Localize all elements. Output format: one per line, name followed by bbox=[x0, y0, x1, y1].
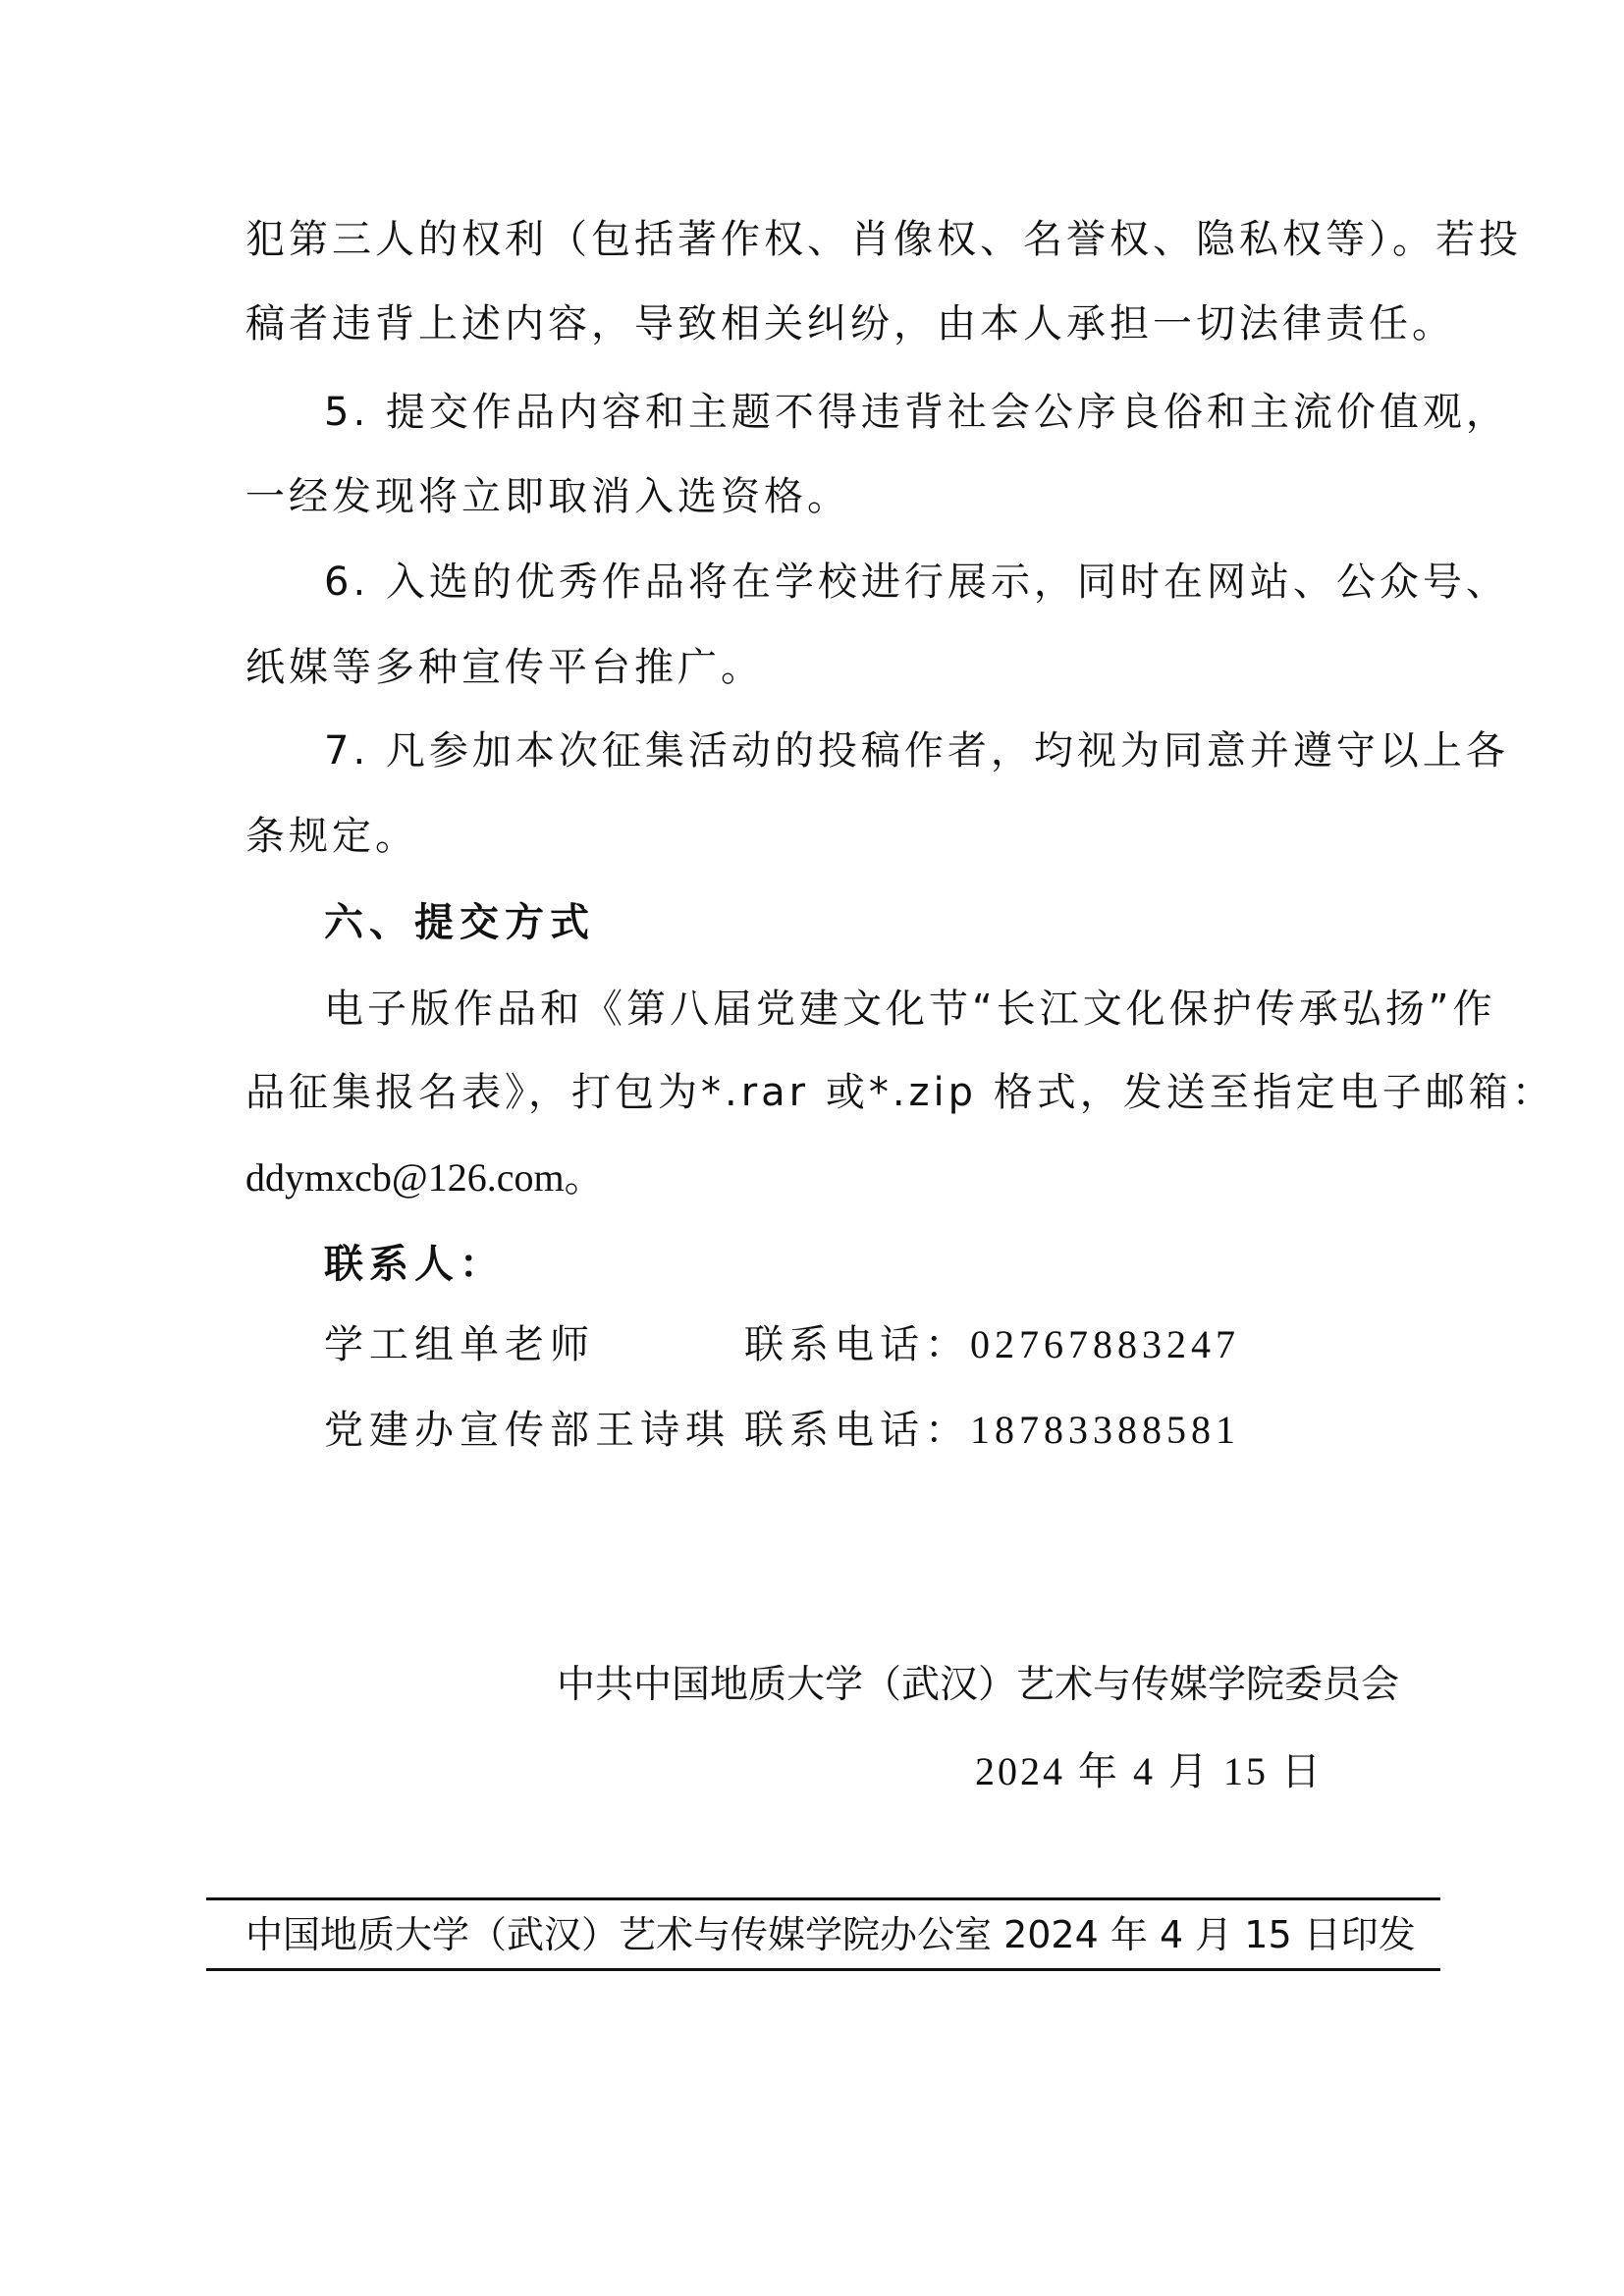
list-item-5-line: 一经发现将立即取消入选资格。 bbox=[245, 467, 1373, 526]
email-address: ddymxcb@126.com。 bbox=[245, 1148, 1373, 1207]
contact-name: 学工组单老师 bbox=[324, 1315, 595, 1374]
footer-issued-by: 中国地质大学（武汉）艺术与传媒学院办公室 2024 年 4 月 15 日印发 bbox=[245, 1907, 1384, 1962]
paragraph-line: 稿者违背上述内容，导致相关纠纷，由本人承担一切法律责任。 bbox=[245, 294, 1373, 353]
contact-name: 党建办宣传部王诗琪 bbox=[324, 1401, 731, 1460]
date-text: 2024 年 4 月 15 日 bbox=[975, 1749, 1324, 1793]
phone-number: 18783388581 bbox=[970, 1408, 1240, 1452]
phone-number: 02767883247 bbox=[970, 1322, 1240, 1366]
list-item-6-line: 纸媒等多种宣传平台推广。 bbox=[245, 638, 1373, 697]
phone-label: 联系电话： bbox=[744, 1322, 970, 1367]
paragraph-line: 犯第三人的权利（包括著作权、肖像权、名誉权、隐私权等）。若投 bbox=[245, 210, 1373, 269]
list-item-6-line: 6. 入选的优秀作品将在学校进行展示，同时在网站、公众号、 bbox=[324, 553, 1373, 612]
document-page: 犯第三人的权利（包括著作权、肖像权、名誉权、隐私权等）。若投 稿者违背上述内容，… bbox=[0, 0, 1624, 2296]
contacts-label: 联系人： bbox=[324, 1235, 1451, 1294]
footer-bottom-rule bbox=[206, 1968, 1440, 1971]
signature-organization: 中共中国地质大学（武汉）艺术与传媒学院委员会 bbox=[557, 1656, 1380, 1715]
list-item-5-line: 5. 提交作品内容和主题不得违背社会公序良俗和主流价值观， bbox=[324, 383, 1373, 442]
submission-line: 电子版作品和《第八届党建文化节“长江文化保护传承弘扬”作 bbox=[324, 980, 1373, 1039]
contact-phone: 联系电话：18783388581 bbox=[744, 1401, 1240, 1460]
signature-date: 2024 年 4 月 15 日 bbox=[975, 1742, 1324, 1801]
phone-label: 联系电话： bbox=[744, 1408, 970, 1453]
list-item-7-line: 条规定。 bbox=[245, 807, 1373, 866]
submission-line: 品征集报名表》，打包为*.rar 或*.zip 格式，发送至指定电子邮箱： bbox=[245, 1063, 1373, 1122]
footer-top-rule bbox=[206, 1897, 1440, 1900]
section-heading: 六、提交方式 bbox=[324, 893, 1451, 952]
contact-phone: 联系电话：02767883247 bbox=[744, 1315, 1240, 1374]
list-item-7-line: 7. 凡参加本次征集活动的投稿作者，均视为同意并遵守以上各 bbox=[324, 721, 1373, 780]
